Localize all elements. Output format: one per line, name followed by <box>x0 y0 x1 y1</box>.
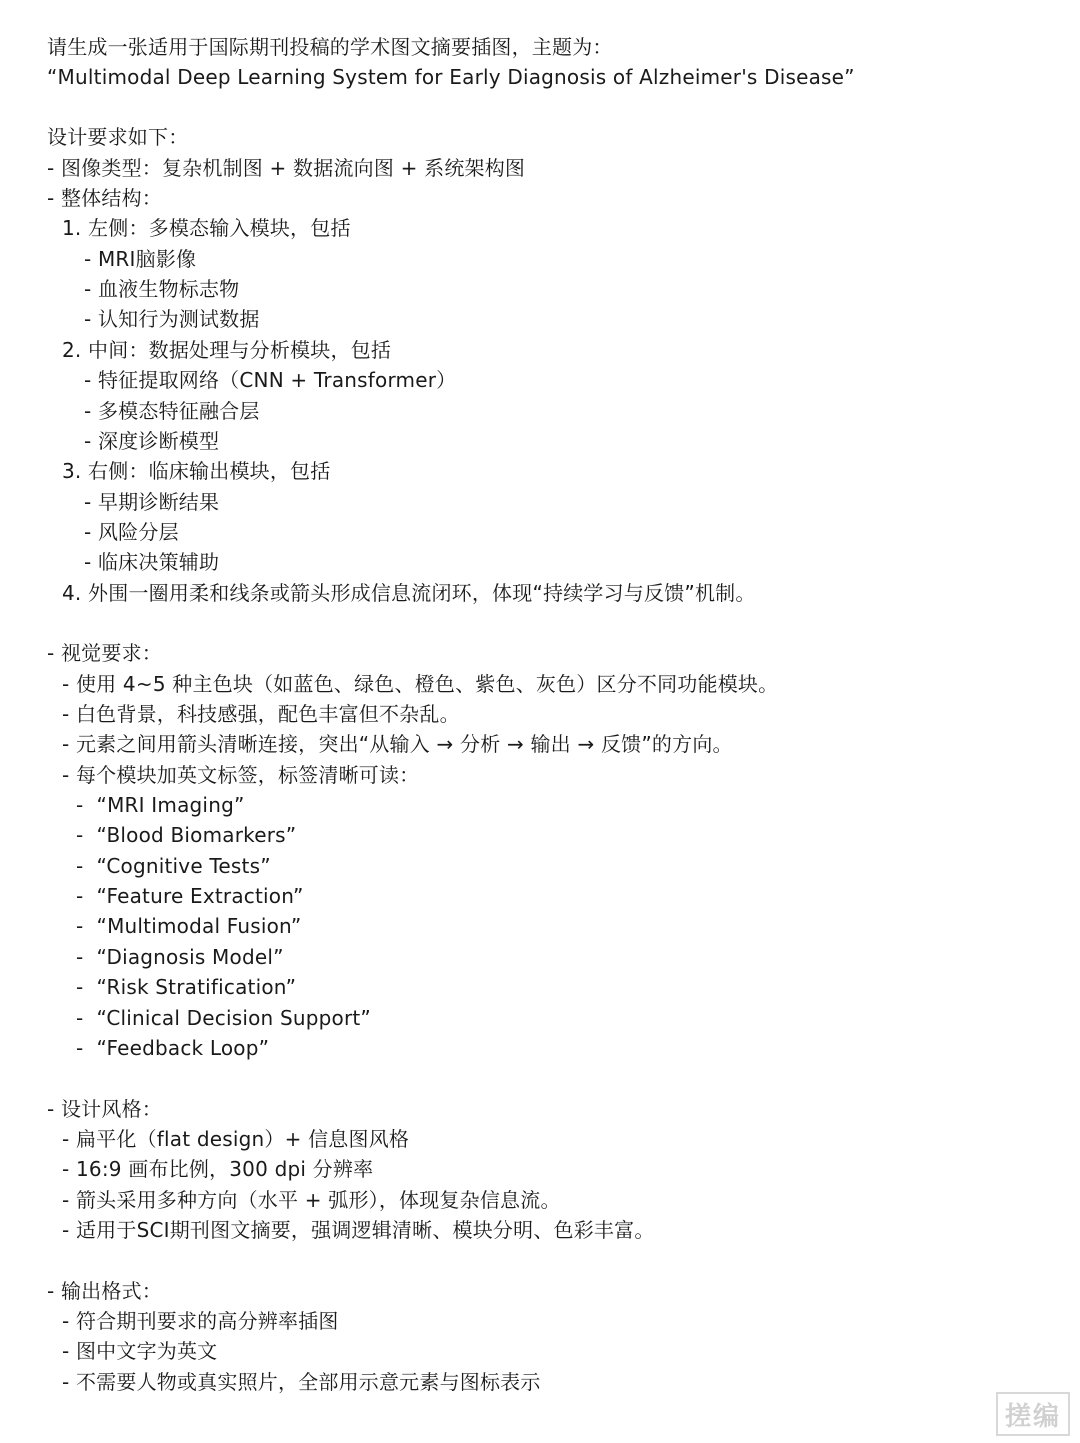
document-line: - 输出格式： <box>47 1277 162 1305</box>
document-line: - “Diagnosis Model” <box>76 943 284 971</box>
document-line: - 白色背景，科技感强，配色丰富但不杂乱。 <box>62 700 460 728</box>
document-line: - “Blood Biomarkers” <box>76 821 296 849</box>
watermark-seal-icon: 搓编 <box>996 1392 1070 1436</box>
document-line: - 图像类型：复杂机制图 + 数据流向图 + 系统架构图 <box>47 154 525 182</box>
document-line: - MRI脑影像 <box>84 245 196 273</box>
document-line: - 每个模块加英文标签，标签清晰可读： <box>62 761 419 789</box>
document-line: 2. 中间：数据处理与分析模块，包括 <box>62 336 391 364</box>
document-line: - “Clinical Decision Support” <box>76 1004 371 1032</box>
document-line: - 特征提取网络（CNN + Transformer） <box>84 366 456 394</box>
document-line: - 元素之间用箭头清晰连接，突出“从输入 → 分析 → 输出 → 反馈”的方向。 <box>62 730 733 758</box>
document-line: - 箭头采用多种方向（水平 + 弧形），体现复杂信息流。 <box>62 1186 561 1214</box>
document-line: - 不需要人物或真实照片，全部用示意元素与图标表示 <box>62 1368 541 1396</box>
document-line: - 视觉要求： <box>47 639 162 667</box>
document-line: - 使用 4~5 种主色块（如蓝色、绿色、橙色、紫色、灰色）区分不同功能模块。 <box>62 670 778 698</box>
document-line: - “Cognitive Tests” <box>76 852 271 880</box>
document-line: - 认知行为测试数据 <box>84 305 260 333</box>
title-line: “Multimodal Deep Learning System for Ear… <box>47 63 855 91</box>
document-line: - 风险分层 <box>84 518 179 546</box>
document-line: 3. 右侧：临床输出模块，包括 <box>62 457 330 485</box>
document-line: - 早期诊断结果 <box>84 488 219 516</box>
document-line: - “Multimodal Fusion” <box>76 912 301 940</box>
document-line: - “Risk Stratification” <box>76 973 296 1001</box>
document-line: - 适用于SCI期刊图文摘要，强调逻辑清晰、模块分明、色彩丰富。 <box>62 1216 655 1244</box>
document-line: 4. 外围一圈用柔和线条或箭头形成信息流闭环，体现“持续学习与反馈”机制。 <box>62 579 756 607</box>
document-line: - 扁平化（flat design）+ 信息图风格 <box>62 1125 409 1153</box>
document-line: - 血液生物标志物 <box>84 275 239 303</box>
document-line: - 图中文字为英文 <box>62 1337 217 1365</box>
intro-line: 请生成一张适用于国际期刊投稿的学术图文摘要插图，主题为： <box>47 33 613 61</box>
document-line: 设计要求如下： <box>47 123 188 151</box>
document-line: - “Feature Extraction” <box>76 882 304 910</box>
document-line: - 符合期刊要求的高分辨率插图 <box>62 1307 339 1335</box>
document-line: 1. 左侧：多模态输入模块，包括 <box>62 214 351 242</box>
document-line: - 整体结构： <box>47 184 162 212</box>
document-line: - “Feedback Loop” <box>76 1034 269 1062</box>
document-line: - 多模态特征融合层 <box>84 397 260 425</box>
document-line: - 16:9 画布比例，300 dpi 分辨率 <box>62 1155 373 1183</box>
document-line: - 深度诊断模型 <box>84 427 219 455</box>
document-line: - 临床决策辅助 <box>84 548 219 576</box>
document-line: - 设计风格： <box>47 1095 162 1123</box>
document-line: - “MRI Imaging” <box>76 791 245 819</box>
